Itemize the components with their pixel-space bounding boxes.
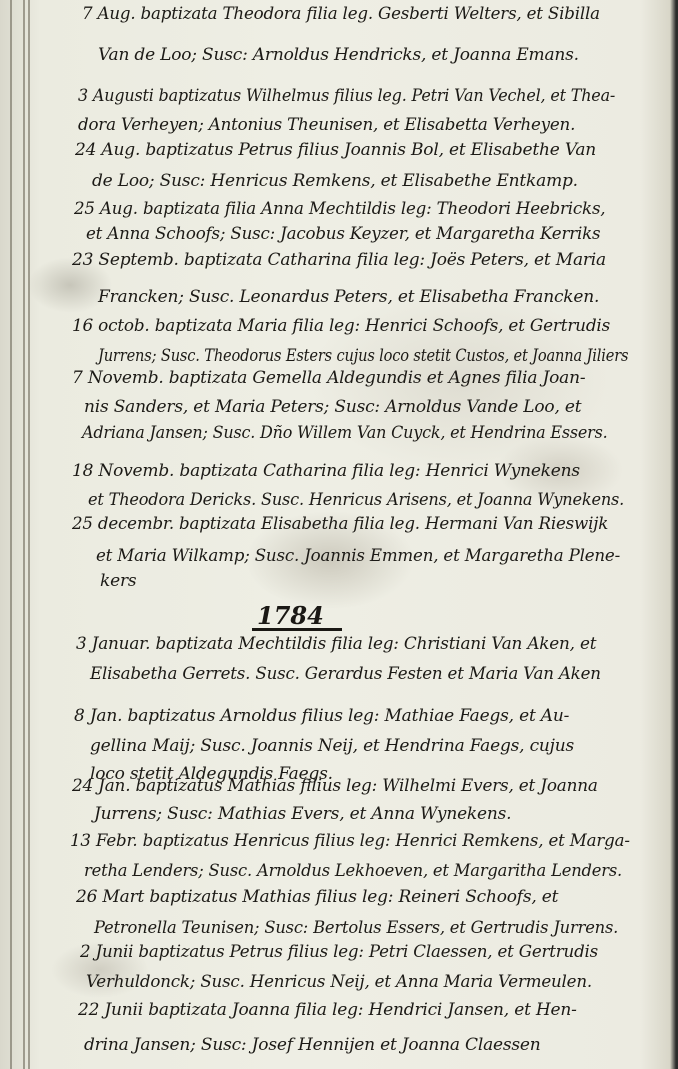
register-line: Adriana Jansen; Susc. Dño Willem Van Cuy… [82,423,608,443]
register-line: dora Verheyen; Antonius Theunisen, et El… [78,115,575,135]
register-page: 7 Aug. baptizata Theodora filia leg. Ges… [0,0,678,1069]
register-line: 24 Jan. baptizatus Mathias filius leg: W… [72,776,598,796]
register-line: 25 decembr. baptizata Elisabetha filia l… [72,514,608,534]
register-line: 23 Septemb. baptizata Catharina filia le… [72,250,606,270]
register-line: kers [100,571,136,591]
register-line: Elisabetha Gerrets. Susc. Gerardus Feste… [90,664,601,684]
register-line: Jurrens; Susc: Mathias Evers, et Anna Wy… [94,804,511,824]
year-heading: 1784 [257,601,324,630]
register-line: 25 Aug. baptizata filia Anna Mechtildis … [74,199,605,219]
register-line: de Loo; Susc: Henricus Remkens, et Elisa… [92,171,578,191]
register-line: 7 Aug. baptizata Theodora filia leg. Ges… [82,4,600,24]
register-line: 18 Novemb. baptizata Catharina filia leg… [72,461,580,481]
binding-edge-line [28,0,30,1069]
year-underline [252,628,342,631]
register-line: Verhuldonck; Susc. Henricus Neij, et Ann… [86,972,592,992]
register-line: Petronella Teunisen; Susc: Bertolus Esse… [94,918,618,938]
register-line: 24 Aug. baptizatus Petrus filius Joannis… [75,140,596,160]
register-line: 3 Augusti baptizatus Wilhelmus filius le… [78,86,615,106]
register-line: retha Lenders; Susc. Arnoldus Lekhoeven,… [84,861,622,881]
register-line: et Maria Wilkamp; Susc. Joannis Emmen, e… [96,546,620,566]
register-line: 3 Januar. baptizata Mechtildis filia leg… [76,634,596,654]
register-line: 7 Novemb. baptizata Gemella Aldegundis e… [72,368,585,388]
register-line: 16 octob. baptizata Maria filia leg: Hen… [72,316,610,336]
register-line: gellina Maij; Susc. Joannis Neij, et Hen… [90,736,574,756]
register-line: drina Jansen; Susc: Josef Hennijen et Jo… [84,1035,541,1055]
binding-edge-line [23,0,25,1069]
register-line: 13 Febr. baptizatus Henricus filius leg:… [70,831,630,851]
register-line: Van de Loo; Susc: Arnoldus Hendricks, et… [98,45,579,65]
register-line: 26 Mart baptizatus Mathias filius leg: R… [76,887,558,907]
register-line: 8 Jan. baptizatus Arnoldus filius leg: M… [74,706,569,726]
register-line: nis Sanders, et Maria Peters; Susc: Arno… [84,397,581,417]
register-line: 22 Junii baptizata Joanna filia leg: Hen… [78,1000,577,1020]
register-line: 2 Junii baptizatus Petrus filius leg: Pe… [80,942,598,962]
binding-edge-line [10,0,12,1069]
register-line: et Anna Schoofs; Susc: Jacobus Keyzer, e… [86,224,600,244]
register-line: et Theodora Dericks. Susc. Henricus Aris… [88,490,624,510]
register-line: Jurrens; Susc. Theodorus Esters cujus lo… [98,346,628,366]
register-line: Francken; Susc. Leonardus Peters, et Eli… [98,287,599,307]
